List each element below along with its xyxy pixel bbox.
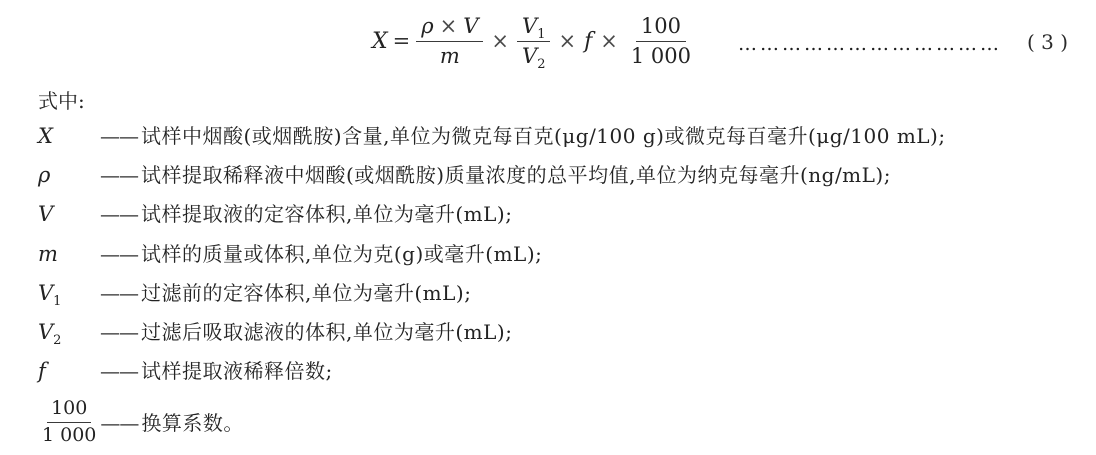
fraction-denominator: V2 [517, 42, 550, 68]
symbol-fraction: 100 1 000 [38, 398, 100, 447]
definition-text: 试样提取液稀释倍数; [141, 359, 1096, 383]
symbol: ρ [38, 163, 100, 188]
definition-dash: —— [100, 411, 138, 435]
definition-dash: —— [100, 359, 138, 383]
v2-subscript: 2 [537, 57, 545, 72]
fraction-numerator: 100 [636, 14, 686, 41]
symbol: V1 [38, 281, 100, 306]
fraction-100-over-1000: 100 1 000 [626, 14, 696, 67]
fraction-rhoV-over-m: ρ×V m [416, 14, 483, 67]
fraction-v1-over-v2: V1 V2 [517, 14, 550, 67]
fraction-numerator: ρ×V [416, 14, 483, 41]
dilution-factor-symbol: f [584, 29, 592, 54]
definition-dash: —— [100, 320, 138, 344]
dotted-leader: ……………………………… [738, 33, 1017, 55]
equals-sign: = [393, 29, 411, 53]
definition-row-rho: ρ —— 试样提取稀释液中烟酸(或烟酰胺)质量浓度的总平均值,单位为纳克每毫升(… [38, 163, 1096, 188]
multiply-sign: × [600, 29, 618, 53]
definition-row-m: m —— 试样的质量或体积,单位为克(g)或毫升(mL); [38, 242, 1096, 267]
multiply-sign: × [440, 14, 458, 38]
fraction-denominator: m [435, 42, 465, 68]
definition-row-conversion-factor: 100 1 000 —— 换算系数。 [38, 398, 1096, 447]
definition-text: 换算系数。 [141, 411, 1096, 435]
symbol: V [38, 202, 100, 227]
definition-dash: —— [100, 163, 138, 187]
formula: X = ρ×V m × V1 V2 × f × 100 1 000 [372, 14, 696, 67]
symbol: V2 [38, 320, 100, 345]
rho-symbol: ρ [421, 14, 433, 38]
symbol: f [38, 359, 100, 384]
symbol: m [38, 242, 100, 267]
definition-text: 试样的质量或体积,单位为克(g)或毫升(mL); [141, 242, 1096, 266]
fraction-numerator: 100 [47, 398, 91, 423]
equation-3-row: X = ρ×V m × V1 V2 × f × 100 1 000 ………………… [0, 0, 1096, 72]
definition-text: 过滤前的定容体积,单位为毫升(mL); [141, 281, 1096, 305]
where-label: 式中: [38, 89, 1096, 113]
definition-dash: —— [100, 202, 138, 226]
multiply-sign: × [558, 29, 576, 53]
definition-text: 试样提取稀释液中烟酸(或烟酰胺)质量浓度的总平均值,单位为纳克每毫升(ng/mL… [141, 163, 1096, 187]
definition-row-v1: V1 —— 过滤前的定容体积,单位为毫升(mL); [38, 281, 1096, 306]
fraction-denominator: 1 000 [38, 423, 100, 447]
symbol: X [38, 124, 100, 149]
multiply-sign: × [491, 29, 509, 53]
formula-lhs: X [372, 29, 388, 54]
definition-dash: —— [100, 242, 138, 266]
v-symbol: V [463, 14, 478, 38]
v1-base: V [522, 14, 537, 38]
definition-dash: —— [100, 281, 138, 305]
fraction-denominator: 1 000 [626, 42, 696, 68]
definition-row-x: X —— 试样中烟酸(或烟酰胺)含量,单位为微克每百克(μg/100 g)或微克… [38, 124, 1096, 149]
definitions-list: X —— 试样中烟酸(或烟酰胺)含量,单位为微克每百克(μg/100 g)或微克… [38, 124, 1096, 447]
definition-text: 试样中烟酸(或烟酰胺)含量,单位为微克每百克(μg/100 g)或微克每百毫升(… [141, 124, 1096, 148]
v1-subscript: 1 [537, 28, 545, 43]
definition-text: 试样提取液的定容体积,单位为毫升(mL); [141, 202, 1096, 226]
v2-base: V [522, 44, 537, 68]
definition-row-v: V —— 试样提取液的定容体积,单位为毫升(mL); [38, 202, 1096, 227]
definition-text: 过滤后吸取滤液的体积,单位为毫升(mL); [141, 320, 1096, 344]
document-page: X = ρ×V m × V1 V2 × f × 100 1 000 ………………… [0, 0, 1096, 455]
definition-row-f: f —— 试样提取液稀释倍数; [38, 359, 1096, 384]
fraction-numerator: V1 [517, 14, 550, 41]
definition-row-v2: V2 —— 过滤后吸取滤液的体积,单位为毫升(mL); [38, 320, 1096, 345]
equation-number: ( 3 ) [1027, 30, 1068, 54]
definition-dash: —— [100, 124, 138, 148]
